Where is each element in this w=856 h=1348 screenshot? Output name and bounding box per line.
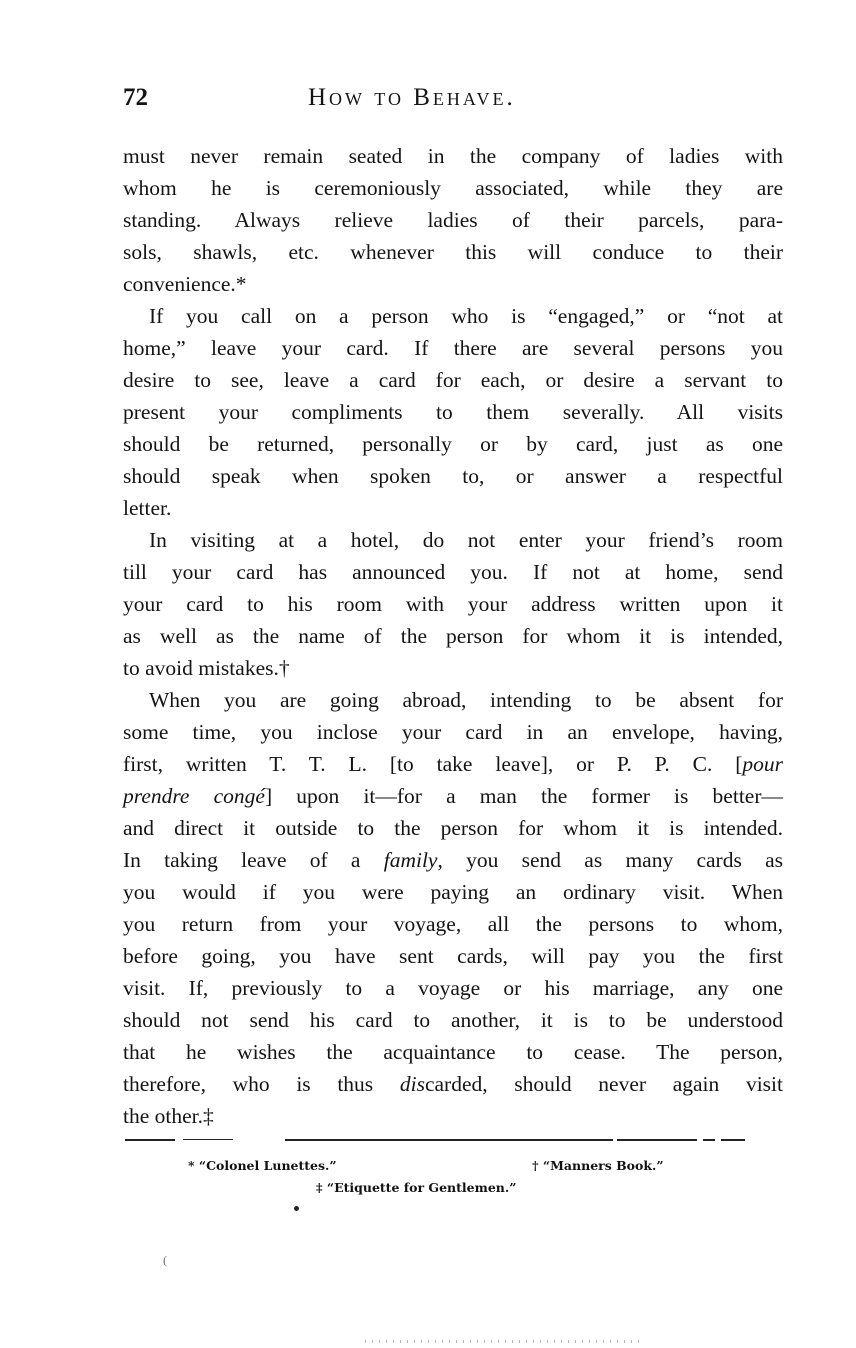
paragraph-start-line: When you are going abroad, intending to … (123, 684, 783, 716)
text-line: desire to see, leave a card for each, or… (123, 364, 783, 396)
italic-text: dis (400, 1072, 425, 1096)
text-line: some time, you inclose your card in an e… (123, 716, 783, 748)
body-text: must never remain seated in the company … (123, 140, 783, 1132)
text-line: you return from your voyage, all the per… (123, 908, 783, 940)
text-line: your card to his room with your address … (123, 588, 783, 620)
text-line: present your compliments to them several… (123, 396, 783, 428)
text-line: sols, shawls, etc. whenever this will co… (123, 236, 783, 268)
italic-text: family (384, 848, 438, 872)
text-line: before going, you have sent cards, will … (123, 940, 783, 972)
text-line: prendre congé] upon it—for a man the for… (123, 780, 783, 812)
text-line: letter. (123, 492, 783, 524)
footnote-rule (125, 1139, 745, 1141)
paragraph-start-line: In visiting at a hotel, do not enter you… (123, 524, 783, 556)
text-line: convenience.* (123, 268, 783, 300)
page-header: 72 How to Behave. (123, 84, 783, 120)
text-line: therefore, who is thus discarded, should… (123, 1068, 783, 1100)
text-line: must never remain seated in the company … (123, 140, 783, 172)
scan-artifact (365, 1340, 645, 1343)
footnote-dagger: † “Manners Book.” (532, 1158, 664, 1173)
text-line: visit. If, previously to a voyage or his… (123, 972, 783, 1004)
text-line: till your card has announced you. If not… (123, 556, 783, 588)
text-line: standing. Always relieve ladies of their… (123, 204, 783, 236)
italic-text: prendre congé (123, 784, 265, 808)
text-line: home,” leave your card. If there are sev… (123, 332, 783, 364)
text-line: you would if you were paying an ordinary… (123, 876, 783, 908)
text-line: to avoid mistakes.† (123, 652, 783, 684)
line-text: first, written T. T. L. [to take leave],… (123, 752, 742, 776)
text-line: first, written T. T. L. [to take leave],… (123, 748, 783, 780)
text-line: that he wishes the acquaintance to cease… (123, 1036, 783, 1068)
page-number: 72 (123, 84, 148, 112)
stray-dot (294, 1206, 299, 1211)
line-text: carded, should never again visit (425, 1072, 783, 1096)
footnote-star: * “Colonel Lunettes.” (188, 1158, 337, 1173)
book-page: 72 How to Behave. must never remain seat… (0, 0, 856, 1348)
line-text: In taking leave of a (123, 848, 384, 872)
text-line: should speak when spoken to, or answer a… (123, 460, 783, 492)
running-title: How to Behave. (308, 84, 516, 112)
text-line: the other.‡ (123, 1100, 783, 1132)
line-text: therefore, who is thus (123, 1072, 400, 1096)
line-text: , you send as many cards as (437, 848, 783, 872)
text-line: should not send his card to another, it … (123, 1004, 783, 1036)
paragraph-start-line: If you call on a person who is “engaged,… (123, 300, 783, 332)
text-line: In taking leave of a family, you send as… (123, 844, 783, 876)
footnote-double-dagger: ‡ “Etiquette for Gentlemen.” (316, 1180, 516, 1195)
stray-mark: ( (163, 1253, 167, 1268)
line-text: ] upon it—for a man the former is better… (265, 784, 783, 808)
italic-text: pour (742, 752, 783, 776)
text-line: as well as the name of the person for wh… (123, 620, 783, 652)
text-line: should be returned, personally or by car… (123, 428, 783, 460)
text-line: whom he is ceremoniously associated, whi… (123, 172, 783, 204)
text-line: and direct it outside to the person for … (123, 812, 783, 844)
